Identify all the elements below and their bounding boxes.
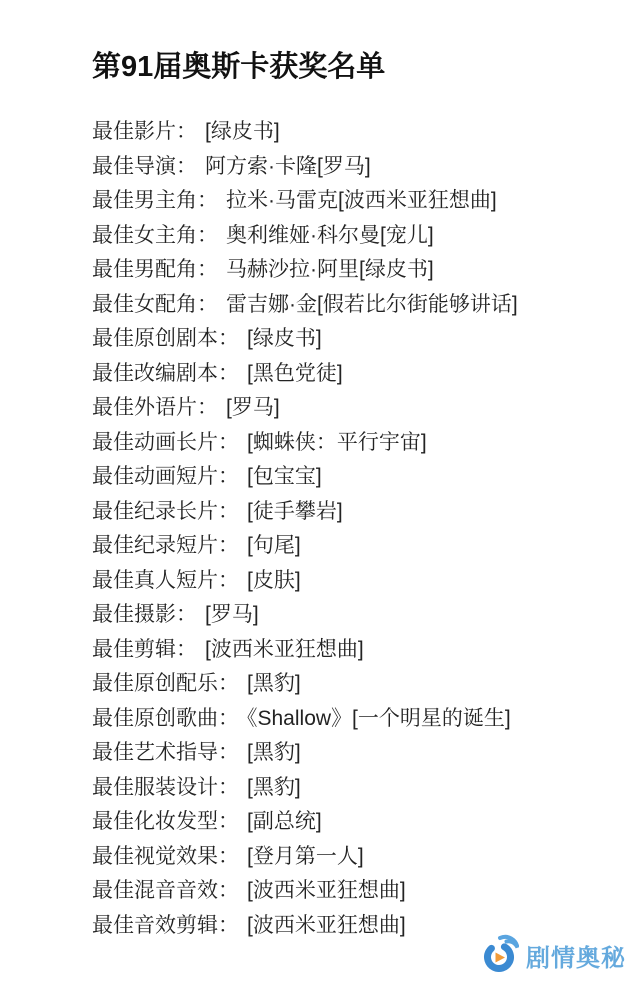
award-colon: ：: [218, 327, 239, 350]
award-row: 最佳动画短片：[包宝宝]: [92, 460, 624, 495]
award-category: 最佳纪录长片: [92, 500, 218, 523]
award-colon: ：: [197, 293, 218, 316]
page: 第91届奥斯卡获奖名单 最佳影片：[绿皮书] 最佳导演：阿方索·卡隆[罗马] 最…: [0, 0, 640, 990]
award-colon: ：: [218, 431, 239, 454]
award-category: 最佳女配角: [92, 293, 197, 316]
award-winner: [绿皮书]: [247, 327, 322, 350]
award-winner: [黑豹]: [247, 741, 301, 764]
award-colon: ：: [176, 155, 197, 178]
play-swirl-logo-icon: [483, 933, 519, 978]
award-winner: [波西米亚狂想曲]: [247, 914, 406, 937]
award-colon: ：: [176, 638, 197, 661]
award-row: 最佳混音音效：[波西米亚狂想曲]: [92, 874, 624, 909]
award-colon: ：: [218, 879, 239, 902]
award-row: 最佳艺术指导：[黑豹]: [92, 736, 624, 771]
award-row: 最佳服装设计：[黑豹]: [92, 771, 624, 806]
award-category: 最佳原创歌曲: [92, 707, 218, 730]
award-winner: 雷吉娜·金[假若比尔街能够讲话]: [226, 293, 518, 316]
award-winner: [登月第一人]: [247, 845, 364, 868]
award-row: 最佳原创歌曲：《Shallow》[一个明星的诞生]: [92, 702, 624, 737]
award-winner: [罗马]: [205, 603, 259, 626]
award-category: 最佳原创配乐: [92, 672, 218, 695]
award-category: 最佳导演: [92, 155, 176, 178]
award-winner: [黑豹]: [247, 776, 301, 799]
award-row: 最佳剪辑：[波西米亚狂想曲]: [92, 633, 624, 668]
award-winner: [黑色党徒]: [247, 362, 343, 385]
award-category: 最佳艺术指导: [92, 741, 218, 764]
award-category: 最佳动画长片: [92, 431, 218, 454]
award-colon: ：: [218, 569, 239, 592]
award-row: 最佳动画长片：[蜘蛛侠：平行宇宙]: [92, 426, 624, 461]
award-category: 最佳剪辑: [92, 638, 176, 661]
award-category: 最佳真人短片: [92, 569, 218, 592]
award-category: 最佳男主角: [92, 189, 197, 212]
award-colon: ：: [197, 258, 218, 281]
award-winner: [徒手攀岩]: [247, 500, 343, 523]
award-winner: 拉米·马雷克[波西米亚狂想曲]: [226, 189, 497, 212]
award-winner: 《Shallow》[一个明星的诞生]: [247, 707, 511, 730]
award-category: 最佳动画短片: [92, 465, 218, 488]
award-row: 最佳原创剧本：[绿皮书]: [92, 322, 624, 357]
award-colon: ：: [218, 914, 239, 937]
award-row: 最佳女配角：雷吉娜·金[假若比尔街能够讲话]: [92, 288, 624, 323]
award-category: 最佳服装设计: [92, 776, 218, 799]
award-colon: ：: [218, 465, 239, 488]
award-category: 最佳混音音效: [92, 879, 218, 902]
award-row: 最佳纪录长片：[徒手攀岩]: [92, 495, 624, 530]
award-colon: ：: [218, 776, 239, 799]
award-colon: ：: [218, 707, 239, 730]
award-colon: ：: [218, 534, 239, 557]
award-category: 最佳改编剧本: [92, 362, 218, 385]
award-colon: ：: [218, 810, 239, 833]
award-colon: ：: [218, 741, 239, 764]
award-winner: [副总统]: [247, 810, 322, 833]
page-title: 第91届奥斯卡获奖名单: [92, 50, 624, 84]
award-row: 最佳真人短片：[皮肤]: [92, 564, 624, 599]
award-colon: ：: [197, 224, 218, 247]
award-row: 最佳视觉效果：[登月第一人]: [92, 840, 624, 875]
award-category: 最佳外语片: [92, 396, 197, 419]
award-row: 最佳影片：[绿皮书]: [92, 115, 624, 150]
award-list: 最佳影片：[绿皮书] 最佳导演：阿方索·卡隆[罗马] 最佳男主角：拉米·马雷克[…: [92, 115, 624, 943]
award-category: 最佳视觉效果: [92, 845, 218, 868]
award-row: 最佳化妆发型：[副总统]: [92, 805, 624, 840]
award-colon: ：: [176, 603, 197, 626]
award-category: 最佳影片: [92, 120, 176, 143]
award-row: 最佳男主角：拉米·马雷克[波西米亚狂想曲]: [92, 184, 624, 219]
award-row: 最佳女主角：奥利维娅·科尔曼[宠儿]: [92, 219, 624, 254]
award-colon: ：: [218, 845, 239, 868]
award-category: 最佳原创剧本: [92, 327, 218, 350]
award-winner: [皮肤]: [247, 569, 301, 592]
award-row: 最佳男配角：马赫沙拉·阿里[绿皮书]: [92, 253, 624, 288]
award-category: 最佳男配角: [92, 258, 197, 281]
award-row: 最佳导演：阿方索·卡隆[罗马]: [92, 150, 624, 185]
award-winner: 马赫沙拉·阿里[绿皮书]: [226, 258, 434, 281]
watermark: 剧情奥秘: [483, 933, 626, 978]
award-row: 最佳改编剧本：[黑色党徒]: [92, 357, 624, 392]
award-winner: [句尾]: [247, 534, 301, 557]
award-row: 最佳摄影：[罗马]: [92, 598, 624, 633]
award-row: 最佳原创配乐：[黑豹]: [92, 667, 624, 702]
award-winner: [黑豹]: [247, 672, 301, 695]
award-colon: ：: [218, 672, 239, 695]
award-row: 最佳外语片：[罗马]: [92, 391, 624, 426]
award-winner: [波西米亚狂想曲]: [247, 879, 406, 902]
award-category: 最佳纪录短片: [92, 534, 218, 557]
award-row: 最佳纪录短片：[句尾]: [92, 529, 624, 564]
article-content: 第91届奥斯卡获奖名单 最佳影片：[绿皮书] 最佳导演：阿方索·卡隆[罗马] 最…: [92, 50, 624, 943]
award-category: 最佳音效剪辑: [92, 914, 218, 937]
award-colon: ：: [218, 362, 239, 385]
award-category: 最佳化妆发型: [92, 810, 218, 833]
award-winner: 奥利维娅·科尔曼[宠儿]: [226, 224, 434, 247]
award-winner: 阿方索·卡隆[罗马]: [205, 155, 371, 178]
watermark-text: 剧情奥秘: [526, 938, 626, 973]
award-winner: [波西米亚狂想曲]: [205, 638, 364, 661]
award-winner: [罗马]: [226, 396, 280, 419]
award-winner: [绿皮书]: [205, 120, 280, 143]
award-colon: ：: [197, 189, 218, 212]
award-category: 最佳女主角: [92, 224, 197, 247]
award-winner: [包宝宝]: [247, 465, 322, 488]
award-winner: [蜘蛛侠：平行宇宙]: [247, 431, 427, 454]
award-colon: ：: [197, 396, 218, 419]
award-colon: ：: [218, 500, 239, 523]
award-colon: ：: [176, 120, 197, 143]
award-category: 最佳摄影: [92, 603, 176, 626]
